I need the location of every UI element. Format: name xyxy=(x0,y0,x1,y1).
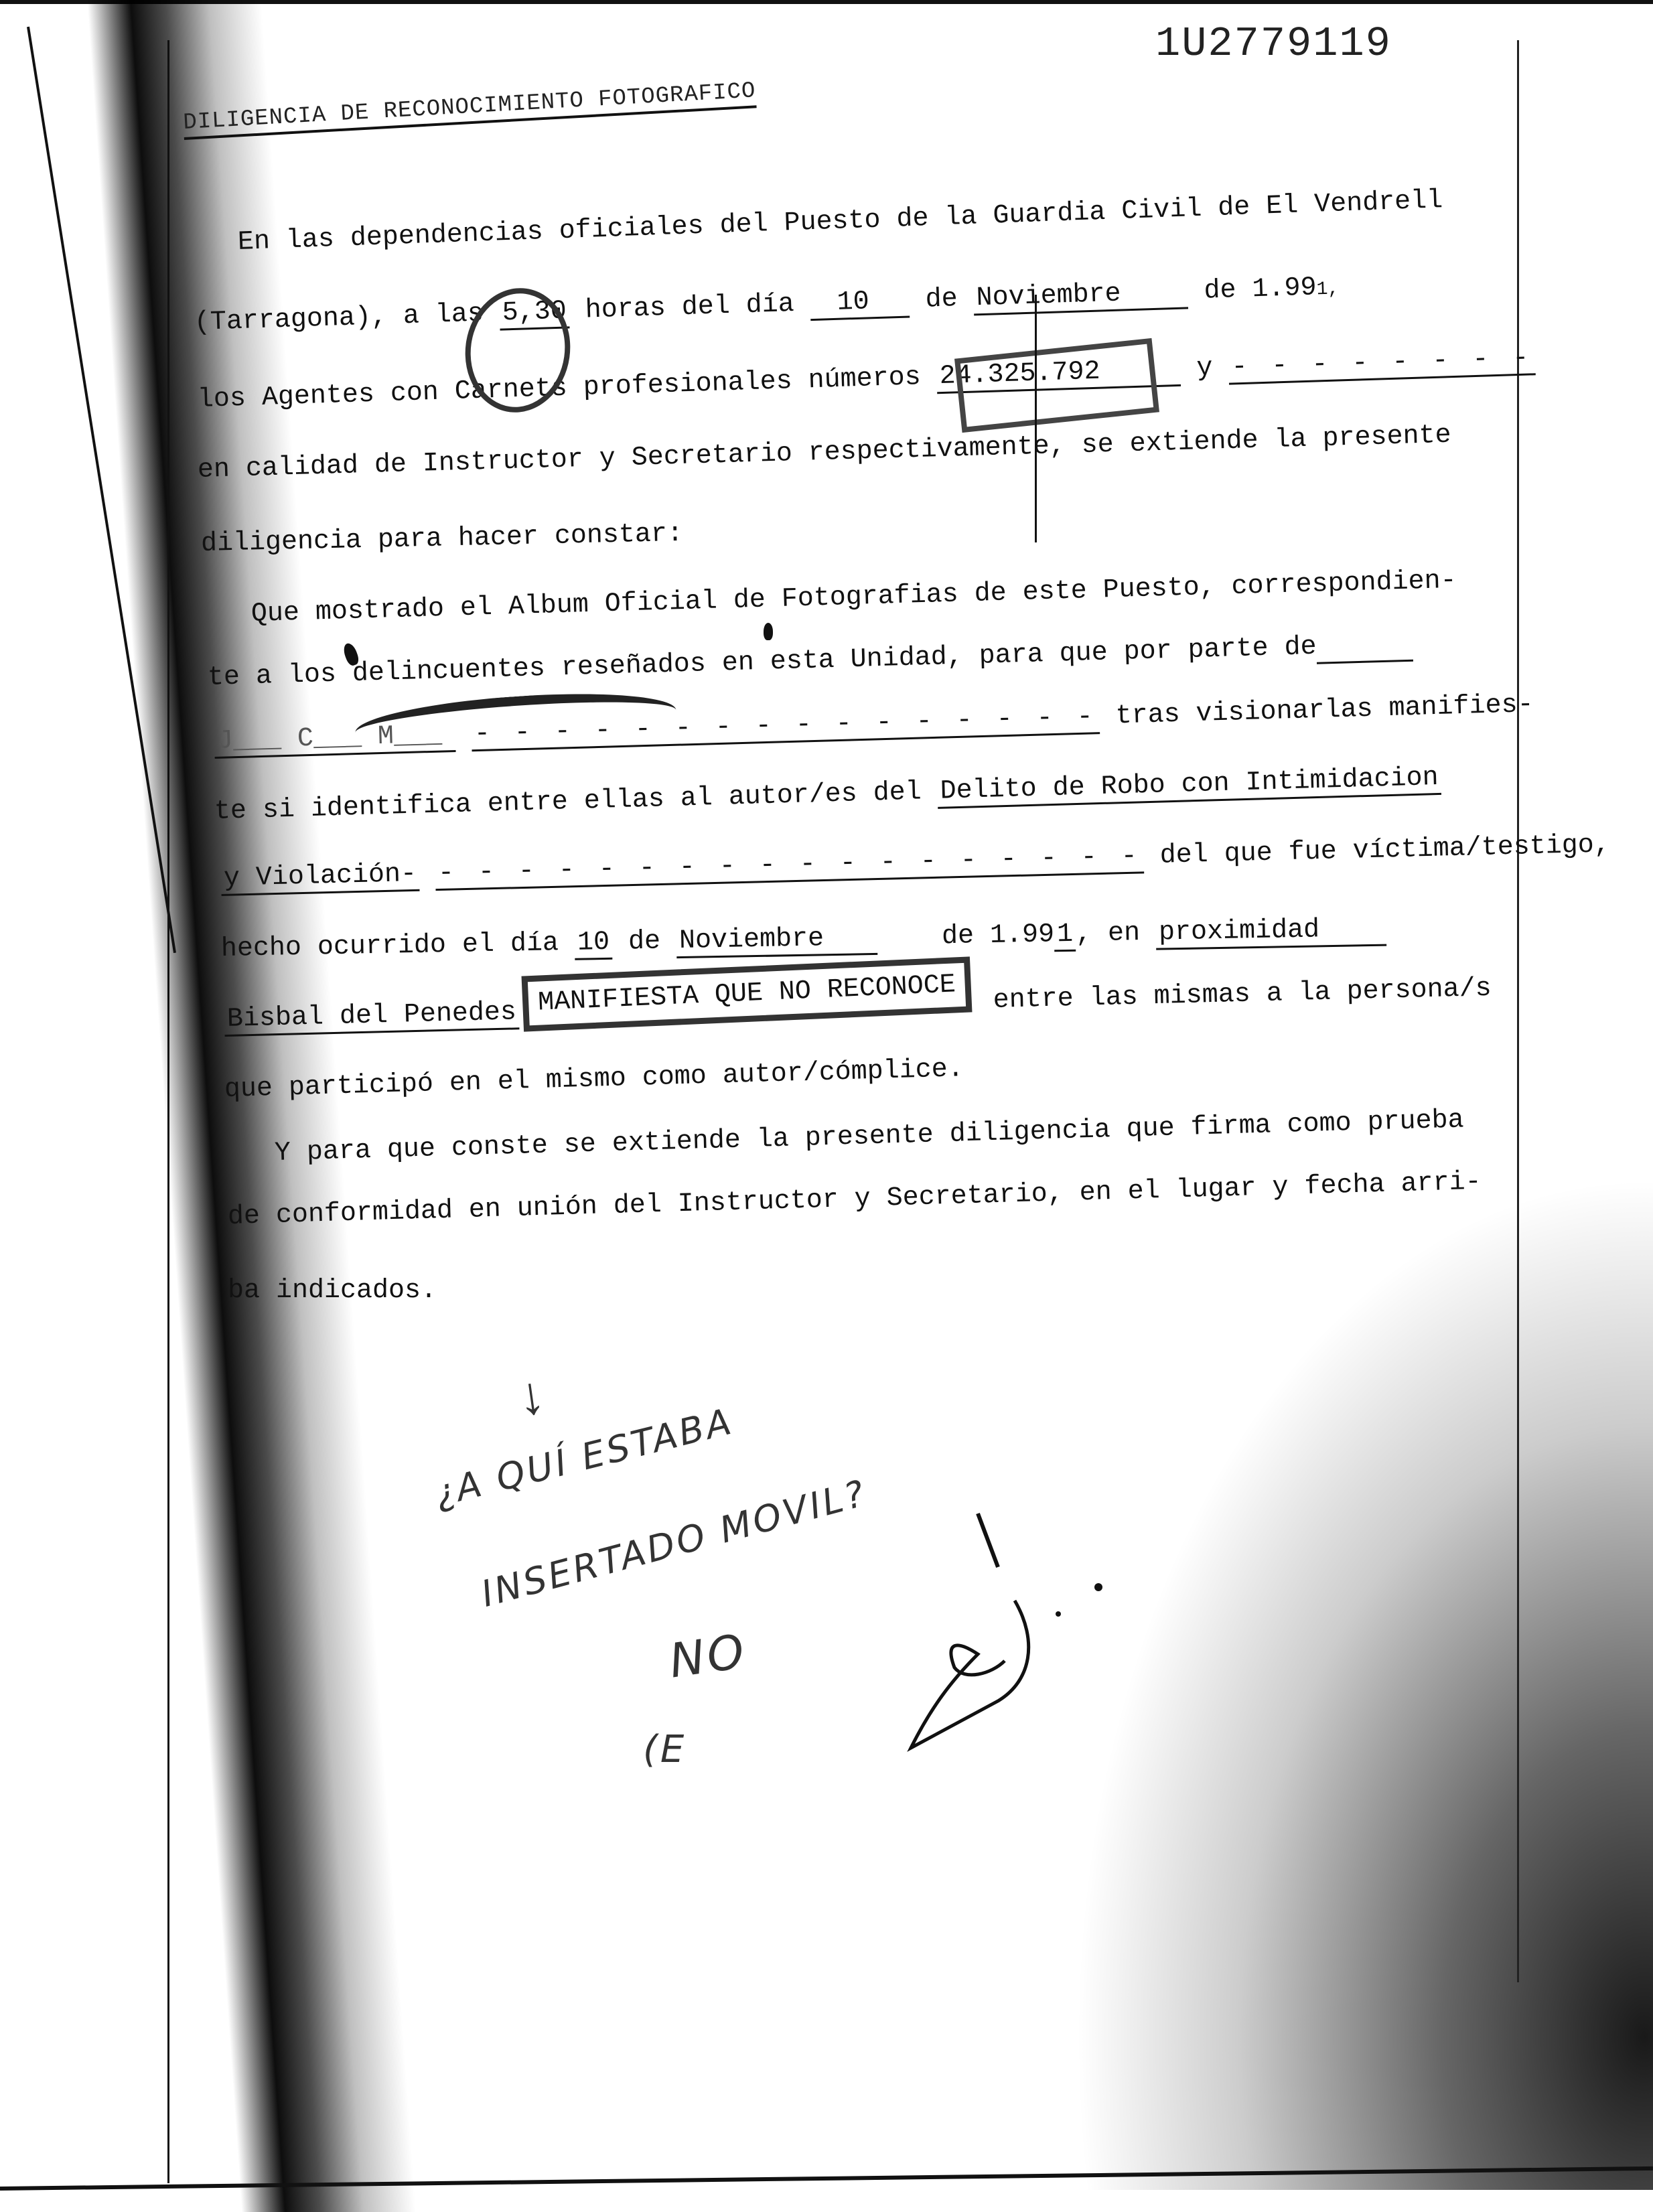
text-line-3: los Agentes con Carnets profesionales nú… xyxy=(197,343,1536,415)
scanned-document-page: 1U2779119 DILIGENCIA DE RECONOCIMIENTO F… xyxy=(0,0,1653,2212)
handwritten-note-4: (E xyxy=(643,1728,687,1771)
text-line-6: Que mostrado el Album Oficial de Fotogra… xyxy=(250,566,1457,630)
field-carnet-secretario: - - - - - - - - xyxy=(1228,343,1536,384)
left-margin-line xyxy=(167,40,169,2183)
field-dia: 10 xyxy=(810,285,910,321)
field-delito-cont: y Violación- xyxy=(220,859,419,896)
text-line-10: y Violación- - - - - - - - - - - - - - -… xyxy=(220,830,1610,894)
result-stamp: MANIFIESTA QUE NO RECONOCE xyxy=(522,956,973,1031)
signature-mark xyxy=(897,1507,1139,1761)
text-line-11: hecho ocurrido el día 10 de Noviembre de… xyxy=(221,914,1387,964)
field-lugar-cont: Bisbal del Penedes xyxy=(224,997,519,1037)
field-mes-hecho: Noviembre xyxy=(676,923,878,958)
text-line-9: te si identifica entre ellas al autor/es… xyxy=(214,763,1441,827)
text-line-1: En las dependencias oficiales del Puesto… xyxy=(237,186,1443,258)
text-line-2: (Tarragona), a las 5,30 horas del día 10… xyxy=(194,272,1340,338)
field-delito: Delito de Robo con Intimidacion xyxy=(937,763,1441,809)
document-number: 1U2779119 xyxy=(1155,20,1392,68)
text-line-14: Y para que conste se extiende la present… xyxy=(274,1105,1464,1169)
handwritten-note-1: ¿A QUÍ ESTABA xyxy=(430,1400,737,1515)
field-lugar: proximidad xyxy=(1156,914,1387,950)
field-mes: Noviembre xyxy=(973,277,1188,315)
scan-shadow-bottom-right xyxy=(1072,1172,1653,2190)
handwritten-note-3: NO xyxy=(666,1623,750,1688)
right-margin-line xyxy=(1517,40,1519,1982)
handwritten-note-2: INSERTADO MOVIL? xyxy=(477,1472,871,1615)
handwritten-arrow-icon: ↓ xyxy=(512,1368,552,1432)
text-line-16: ba indicados. xyxy=(228,1276,437,1306)
hand-box-mark xyxy=(954,338,1159,433)
text-line-4: en calidad de Instructor y Secretario re… xyxy=(197,421,1451,486)
document-title: DILIGENCIA DE RECONOCIMIENTO FOTOGRAFICO xyxy=(183,78,757,140)
text-line-7: te a los delincuentes reseñados en esta … xyxy=(207,630,1413,693)
vertical-pen-line xyxy=(1035,295,1037,542)
field-dia-hecho: 10 xyxy=(575,928,613,960)
ink-blot xyxy=(764,623,773,640)
